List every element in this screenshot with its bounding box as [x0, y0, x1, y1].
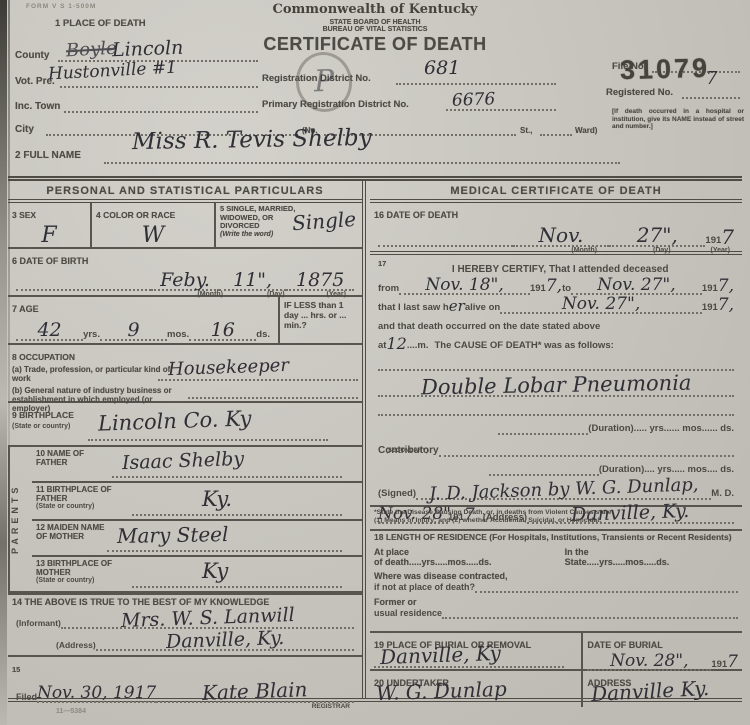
sex-cell: 3 SEX F: [8, 203, 92, 247]
death-year-preprint: 191: [705, 235, 721, 247]
last-saw-label: that I last saw h: [378, 302, 449, 314]
marital-label: 5 SINGLE, MARRIED, WIDOWED, OR DIVORCED: [220, 205, 300, 231]
age-label: 7 AGE: [12, 304, 39, 314]
mother-name-cell: 12 MAIDEN NAME OF MOTHER Mary Steel: [32, 521, 362, 557]
former-label-2: usual residence: [374, 608, 442, 619]
burial-date-entry: Nov. 28",: [610, 653, 688, 670]
undertaker-address-cell: ADDRESS Danville Ky.: [583, 671, 742, 707]
city-ward-label: Ward): [575, 126, 597, 135]
duration-label-1: (Duration)..... yrs...... mos...... ds.: [588, 423, 734, 435]
scan-edge-artifact: [0, 0, 7, 725]
undertaker-cell: 20 UNDERTAKER W. G. Dunlap: [370, 671, 583, 707]
death-year-sublabel: (Year): [711, 247, 730, 254]
death-date-label: 16 DATE OF DEATH: [374, 210, 458, 220]
filed-label: Filed: [16, 692, 37, 703]
age-mos-label: mos.: [167, 329, 189, 341]
burial-year-preprint: 191: [711, 659, 727, 671]
informant-address-entry: Danville, Ky.: [165, 629, 284, 652]
registered-no-entry: 7: [706, 70, 717, 88]
mother-name-label: 12 MAIDEN NAME OF MOTHER: [36, 523, 116, 541]
father-birthplace-line: [132, 514, 342, 516]
residence-at-place: At place of death.....yrs.....mos.....ds…: [374, 547, 565, 567]
place-of-death-section-label: 1 PLACE OF DEATH: [55, 18, 146, 29]
birth-date-label: 6 DATE OF BIRTH: [12, 256, 88, 266]
informant-address-tag: (Address): [56, 640, 96, 651]
attended-to-entry: Nov. 27",: [597, 277, 675, 294]
personal-particulars-column: PERSONAL AND STATISTICAL PARTICULARS 3 S…: [8, 181, 366, 698]
occupation-entry: Housekeeper: [168, 357, 290, 379]
city-line3: [540, 134, 572, 136]
circular-stamp-glyph: P: [313, 67, 334, 98]
burial-date-cell: DATE OF BURIAL Nov. 28", 191 7: [583, 633, 742, 669]
birth-date-cell: 6 DATE OF BIRTH Feby. 11", 1875 (Month) …: [8, 249, 362, 297]
occupation-line-a: [158, 379, 358, 381]
occupation-label: 8 OCCUPATION: [12, 352, 75, 362]
age-days-entry: 16: [211, 321, 235, 340]
birthplace-label: 9 BIRTHPLACE: [12, 410, 74, 420]
inc-town-line: [64, 111, 258, 113]
death-sublabels: (Month) (Day) (Year): [374, 247, 738, 254]
meridiem-label: ....m.: [407, 340, 429, 352]
to-year-preprint: 191: [702, 283, 718, 295]
cause-of-death-label: The CAUSE OF DEATH* was as follows:: [434, 340, 613, 352]
print-code: 11—5384: [56, 708, 86, 715]
cause-footnote: *State the Disease Causing Death, or, in…: [370, 507, 742, 531]
last-saw-date-entry: Nov. 27",: [562, 296, 640, 313]
city-st-label: St.,: [520, 126, 532, 135]
race-label: 4 COLOR OR RACE: [96, 210, 175, 220]
death-certificate-scan: FORM V S 1-500M 1 PLACE OF DEATH Commonw…: [0, 0, 750, 725]
informant-section-label: 14 THE ABOVE IS TRUE TO THE BEST OF MY K…: [12, 597, 358, 607]
certify-item-number: 17: [378, 259, 386, 269]
registration-district-line: [396, 83, 556, 85]
registered-no-line: [682, 97, 740, 99]
death-date-cell: 16 DATE OF DEATH Nov. 27", 191 7 (Month)…: [370, 203, 742, 255]
duration-label-2: (Duration).... yrs..... mos.... ds.: [599, 464, 734, 476]
saw-year-entry: 7,: [718, 297, 734, 314]
filed-item-number: 15: [12, 665, 20, 674]
race-cell: 4 COLOR OR RACE W: [92, 203, 216, 247]
header-center: Commonwealth of Kentucky STATE BOARD OF …: [225, 2, 525, 55]
county-struck-entry: Boyle: [66, 40, 118, 61]
birthplace-cell: 9 BIRTHPLACE (State or country) Lincoln …: [8, 403, 362, 447]
primary-district-entry: 6676: [452, 91, 496, 109]
board-title: STATE BOARD OF HEALTH: [225, 19, 525, 26]
inc-town-label: Inc. Town: [15, 101, 60, 112]
mother-birthplace-entry: Ky: [202, 561, 228, 582]
primary-district-label: Primary Registration District No.: [262, 99, 409, 110]
father-name-entry: Isaac Shelby: [122, 450, 245, 473]
mother-birthplace-line: [132, 586, 342, 588]
undertaker-entry: W. G. Dunlap: [376, 679, 507, 704]
residence-label: 18 LENGTH OF RESIDENCE (For Hospitals, I…: [374, 533, 738, 543]
mother-name-entry: Mary Steel: [117, 524, 229, 546]
marital-entry: Single: [291, 209, 356, 233]
full-name-entry: Miss R. Tevis Shelby: [132, 127, 372, 154]
informant-cell: 14 THE ABOVE IS TRUE TO THE BEST OF MY K…: [8, 593, 362, 657]
age-cell: 7 AGE 42 yrs. 9 mos. 16 ds.: [8, 297, 278, 343]
signed-label: (Signed): [378, 488, 416, 500]
age-row: 7 AGE 42 yrs. 9 mos. 16 ds. IF LESS than…: [8, 297, 362, 345]
in-the-label: In the: [565, 547, 738, 557]
father-birthplace-cell: 11 BIRTHPLACE OF FATHER (State or countr…: [32, 483, 362, 521]
of-death-leader: of death.....yrs.....mos.....ds.: [374, 557, 565, 567]
mother-birthplace-note: (State or country): [36, 577, 358, 584]
saw-year-preprint: 191: [702, 302, 718, 314]
parents-block: PARENTS 10 NAME OF FATHER Isaac Shelby 1…: [8, 447, 362, 593]
death-month-sublabel: (Month): [571, 247, 597, 254]
birthplace-line: [88, 439, 328, 441]
filed-cell: 15 Filed Nov. 30, 1917 Kate Blain REGIST…: [8, 657, 362, 707]
from-year-entry: 7,: [546, 278, 562, 295]
state-leader: State.....yrs.....mos.....ds.: [565, 557, 738, 567]
filed-date-entry: Nov. 30, 1917: [37, 685, 156, 702]
cause-of-death-entry: Double Lobar Pneumonia: [421, 373, 692, 399]
form-number: FORM V S 1-500M: [26, 3, 96, 10]
burial-row: 19 PLACE OF BURIAL OR REMOVAL Danville, …: [370, 633, 742, 671]
sex-label: 3 SEX: [12, 210, 36, 220]
alive-on-label: alive on: [465, 302, 500, 314]
county-label: County: [15, 50, 49, 61]
commonwealth-title: Commonwealth of Kentucky: [225, 2, 525, 17]
informant-tag: (Informant): [16, 618, 61, 629]
undertaker-address-entry: Danville Ky.: [591, 678, 710, 704]
father-name-line: [112, 476, 342, 478]
hospital-note: [If death occurred in a hospital or inst…: [612, 108, 744, 131]
race-entry: W: [96, 225, 210, 247]
from-label: from: [378, 283, 399, 295]
demographics-row: 3 SEX F 4 COLOR OR RACE W 5 SINGLE, MARR…: [8, 203, 362, 249]
father-name-cell: 10 NAME OF FATHER Isaac Shelby: [32, 447, 362, 483]
at-label: at: [378, 340, 386, 352]
death-month-entry: Nov.: [539, 225, 584, 245]
parents-side-label: PARENTS: [8, 447, 32, 591]
footnote-line-2: (1) Means of Injury; and (2) whether Acc…: [374, 517, 738, 525]
occurred-statement: and that death occurred on the date stat…: [378, 321, 600, 333]
bureau-title: BUREAU OF VITAL STATISTICS: [225, 26, 525, 33]
full-name-line: [104, 162, 620, 164]
md-label: M. D.: [711, 488, 734, 500]
age-yrs-label: yrs.: [83, 329, 100, 341]
birth-year-entry: 1875: [296, 271, 344, 290]
attended-from-entry: Nov. 18",: [425, 277, 503, 294]
at-place-label: At place: [374, 547, 565, 557]
birth-month-entry: Feby.: [160, 271, 210, 290]
burial-place-line: [374, 666, 564, 668]
marital-cell: 5 SINGLE, MARRIED, WIDOWED, OR DIVORCED …: [216, 203, 362, 247]
burial-year-entry: 7: [727, 654, 738, 671]
last-saw-pronoun-entry: er: [449, 299, 465, 314]
footnote-line-1: *State the Disease Causing Death, or, in…: [374, 509, 738, 517]
precinct-entry: Hustonville #1: [48, 60, 178, 84]
registration-district-entry: 681: [424, 59, 460, 78]
certification-block: 17 I HEREBY CERTIFY, That I attended dec…: [370, 255, 742, 507]
personal-section-title: PERSONAL AND STATISTICAL PARTICULARS: [8, 181, 362, 203]
death-day-sublabel: (Day): [653, 247, 671, 254]
medical-certificate-column: MEDICAL CERTIFICATE OF DEATH 16 DATE OF …: [370, 181, 742, 698]
father-birthplace-entry: Ky.: [202, 489, 232, 510]
medical-section-title: MEDICAL CERTIFICATE OF DEATH: [370, 181, 742, 203]
occupation-line-b: [188, 397, 358, 399]
registered-no-label: Registered No.: [606, 87, 673, 98]
sex-entry: F: [12, 225, 86, 247]
to-year-entry: 7,: [718, 278, 734, 295]
secondary-sublabel: (SECONDARY): [386, 448, 428, 454]
certificate-title: CERTIFICATE OF DEATH: [225, 34, 525, 55]
residence-in-state: In the State.....yrs.....mos.....ds.: [565, 547, 738, 567]
full-name-label: 2 FULL NAME: [15, 150, 81, 161]
age-months-entry: 9: [127, 321, 139, 340]
mother-birthplace-cell: 13 BIRTHPLACE OF MOTHER (State or countr…: [32, 557, 362, 593]
from-year-preprint: 191: [530, 283, 546, 295]
physician-signature: J. D. Jackson by W. G. Dunlap,: [429, 476, 699, 503]
former-label-1: Former or: [374, 597, 738, 607]
burial-date-label: DATE OF BURIAL: [587, 640, 662, 650]
father-birthplace-note: (State or country): [36, 503, 358, 510]
occupation-a-label: (a) Trade, profession, or particular kin…: [12, 365, 172, 383]
if-less-label: IF LESS than 1 day ... hrs. or ... min.?: [284, 300, 358, 330]
father-birthplace-label: 11 BIRTHPLACE OF FATHER: [36, 485, 116, 503]
occupation-cell: 8 OCCUPATION (a) Trade, profession, or p…: [8, 345, 362, 403]
birthplace-entry: Lincoln Co. Ky: [98, 408, 252, 434]
death-year-entry: 7: [721, 227, 734, 247]
undertaker-row: 20 UNDERTAKER W. G. Dunlap ADDRESS Danvi…: [370, 671, 742, 707]
if-less-cell: IF LESS than 1 day ... hrs. or ... min.?: [278, 297, 362, 343]
age-ds-label: ds.: [256, 329, 270, 341]
birth-day-entry: 11",: [233, 271, 272, 290]
death-hour-entry: 12: [386, 336, 406, 352]
age-years-entry: 42: [37, 321, 61, 340]
mother-name-line: [107, 550, 342, 552]
precinct-line: [60, 86, 258, 88]
death-day-entry: 27",: [637, 225, 678, 245]
registrar-signature: Kate Blain: [202, 679, 308, 703]
contracted-label-2: if not at place of death?: [374, 582, 475, 593]
contracted-label-1: Where was disease contracted,: [374, 571, 738, 581]
burial-place-cell: 19 PLACE OF BURIAL OR REMOVAL Danville, …: [370, 633, 583, 669]
father-name-label: 10 NAME OF FATHER: [36, 449, 106, 467]
city-label: City: [15, 124, 34, 135]
burial-place-entry: Danville, Ky: [380, 643, 501, 667]
parents-rows: 10 NAME OF FATHER Isaac Shelby 11 BIRTHP…: [32, 447, 362, 591]
residence-cell: 18 LENGTH OF RESIDENCE (For Hospitals, I…: [370, 531, 742, 633]
main-frame: PERSONAL AND STATISTICAL PARTICULARS 3 S…: [8, 176, 742, 702]
file-number-stamp: 31079: [620, 53, 711, 86]
mother-birthplace-label: 13 BIRTHPLACE OF MOTHER: [36, 559, 116, 577]
